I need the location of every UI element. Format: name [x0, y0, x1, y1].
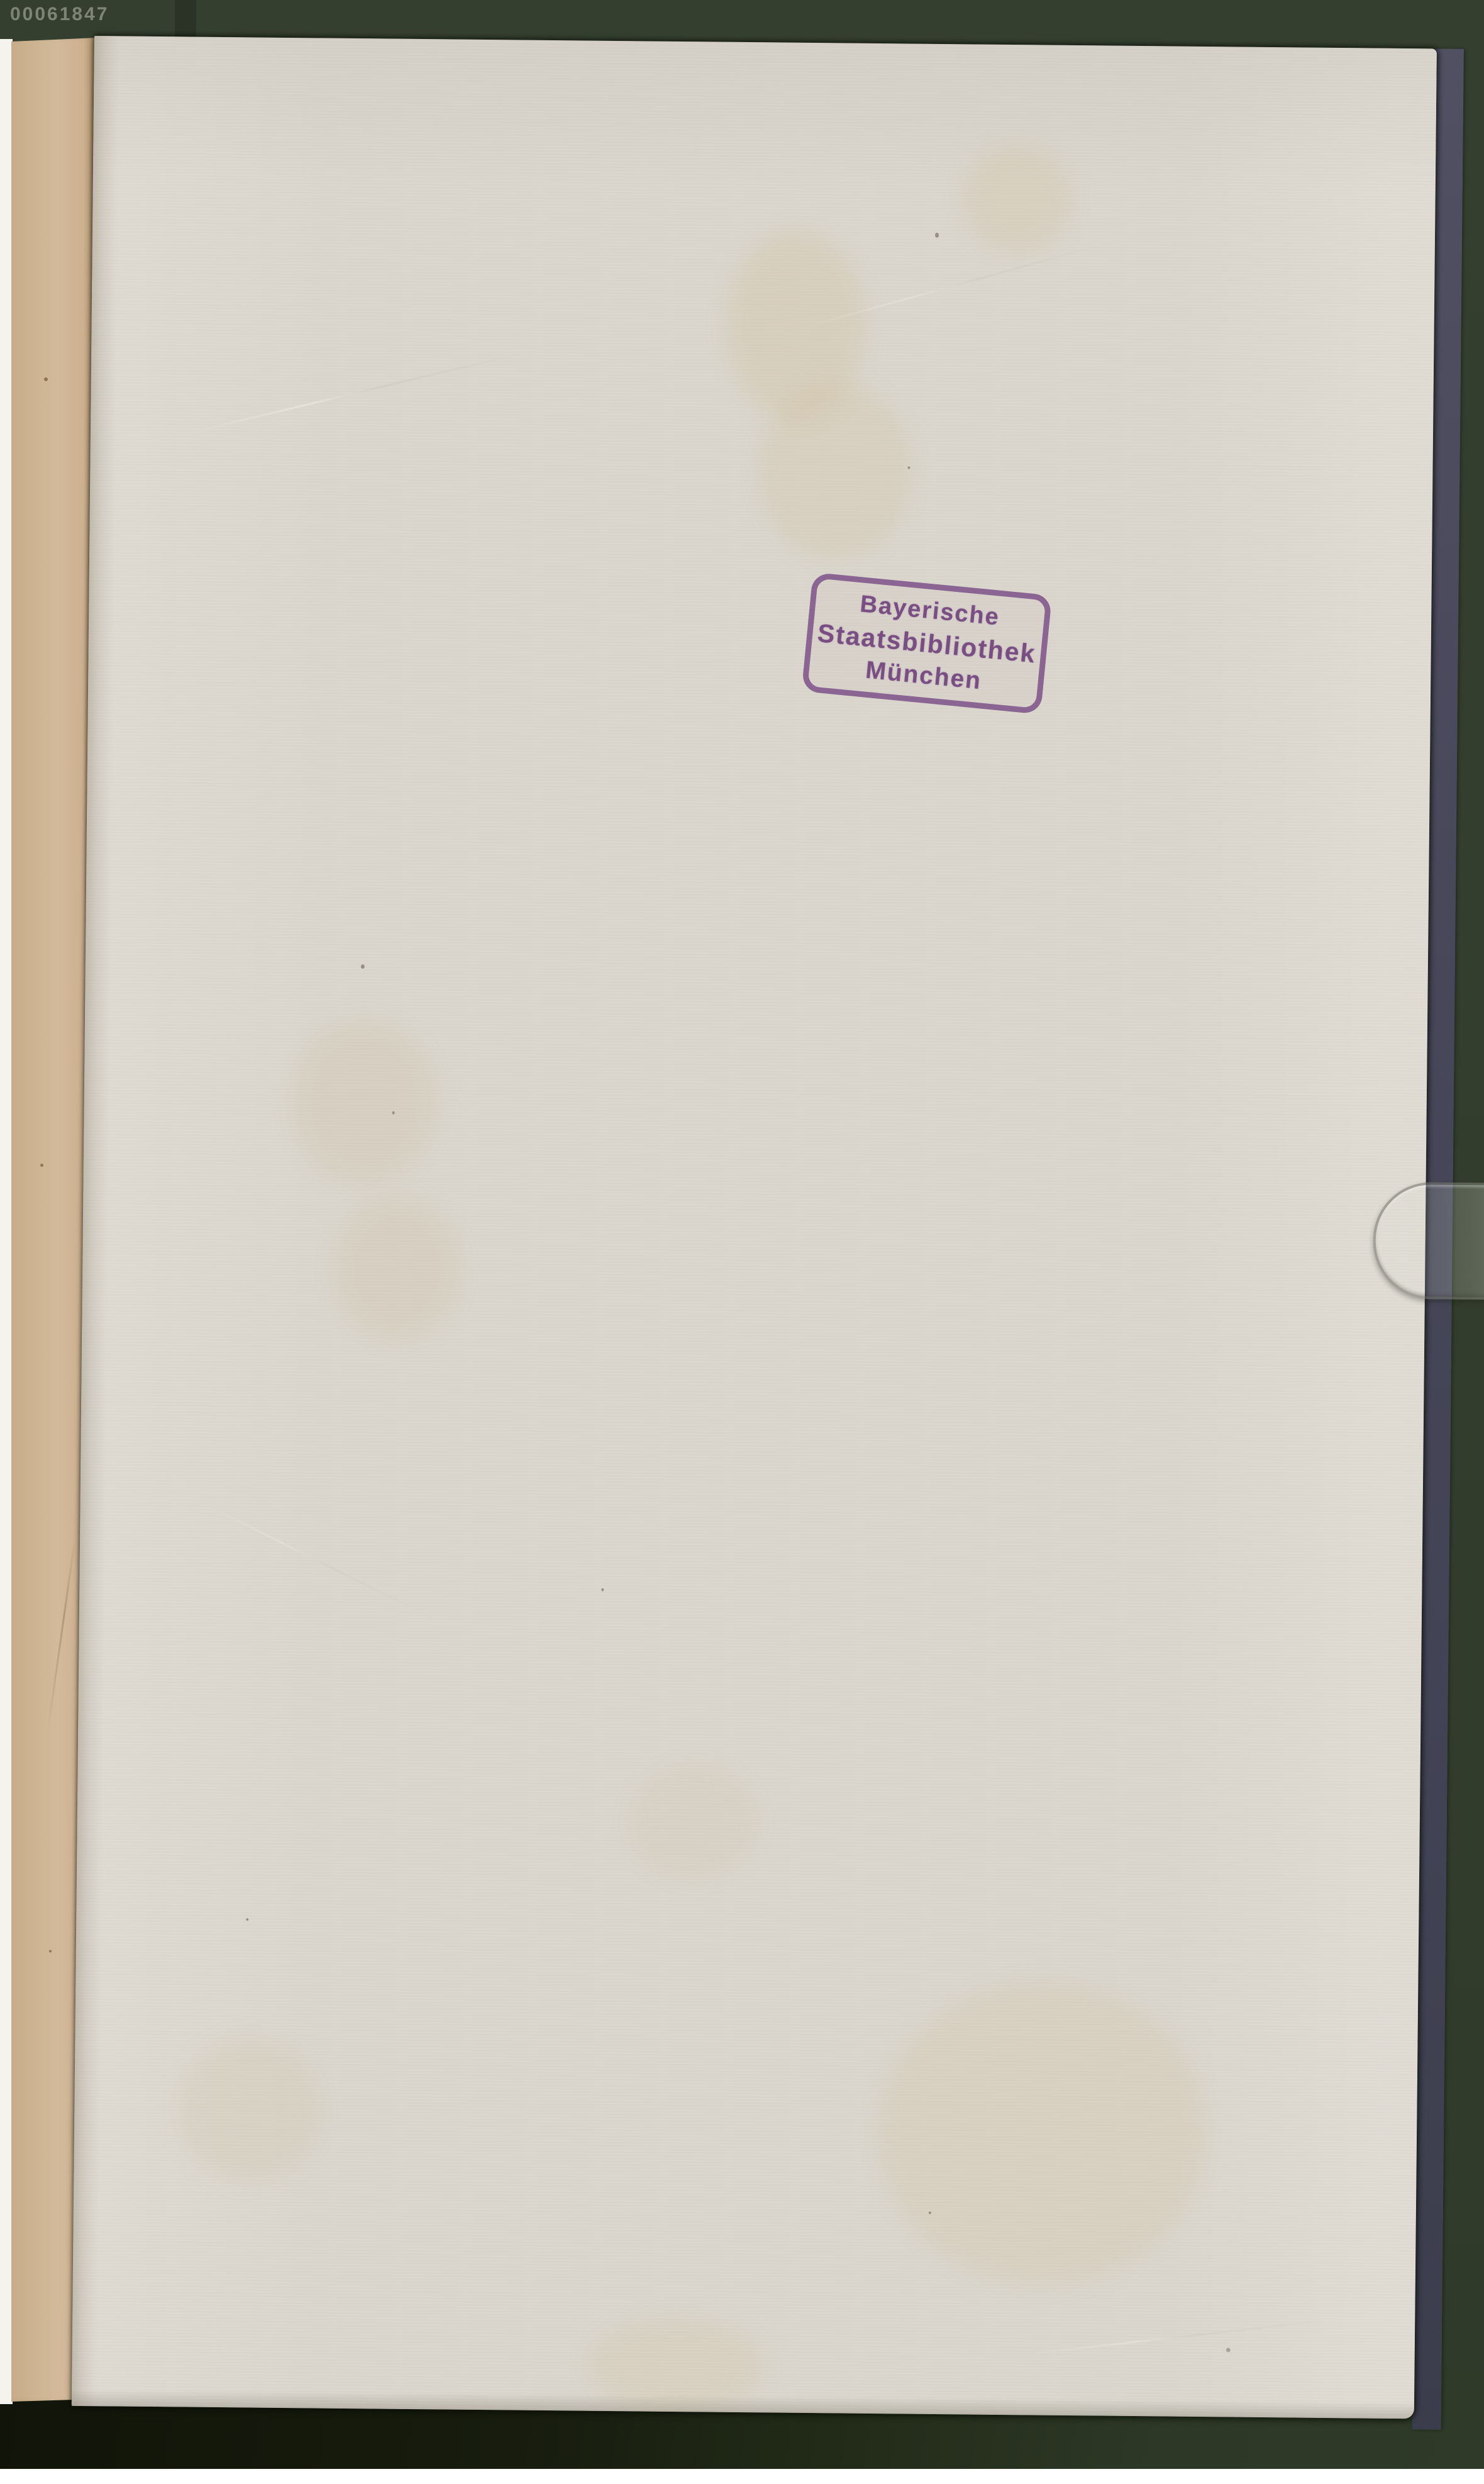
paper-speck	[392, 1111, 395, 1115]
left-page-sliver	[0, 39, 13, 2404]
paper-speck	[935, 233, 939, 238]
fore-edge-speck	[49, 1950, 52, 1952]
scanned-book-page: 00061847	[0, 0, 1484, 2484]
age-stain	[963, 145, 1071, 253]
paper-speck	[1226, 2348, 1231, 2352]
library-stamp: Bayerische Staatsbibliothek München	[801, 572, 1052, 715]
book: Bayerische Staatsbibliothek München	[72, 36, 1471, 2419]
paper-speck	[929, 2212, 931, 2214]
cloth-seam-shadow	[175, 0, 196, 39]
paper-speck	[246, 1918, 248, 1920]
fore-edge-speck	[44, 377, 48, 381]
fore-edge-crease	[47, 1535, 77, 1735]
blank-page: Bayerische Staatsbibliothek München	[72, 36, 1437, 2419]
age-stain	[630, 1764, 757, 1879]
paper-speck	[361, 964, 365, 969]
paper-speck	[601, 1588, 604, 1591]
paper-speck	[907, 466, 910, 469]
scan-id-number: 00061847	[10, 4, 109, 25]
fore-edge-speck	[40, 1164, 43, 1167]
age-stain	[878, 1981, 1208, 2286]
age-stain	[174, 2037, 320, 2183]
